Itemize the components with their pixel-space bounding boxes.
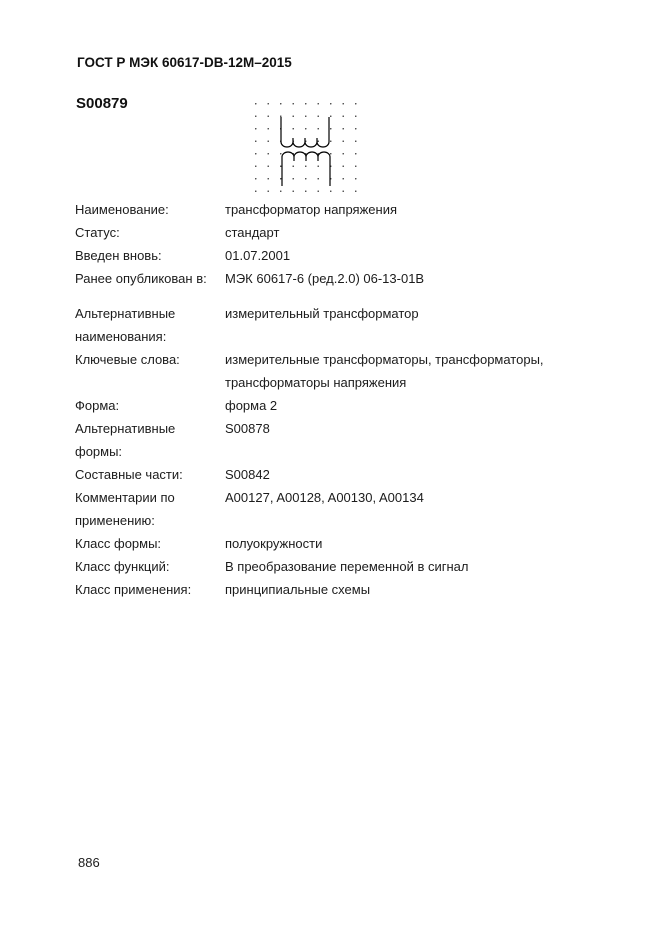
document-page: { "page": { "header": "ГОСТ Р МЭК 60617-… bbox=[0, 0, 661, 936]
field-value: A00127, A00128, A00130, A00134 bbox=[225, 486, 597, 509]
dot-grid bbox=[253, 97, 358, 195]
field-row-application-notes: Комментарии по применению: A00127, A0012… bbox=[75, 486, 597, 532]
voltage-transformer-symbol-icon bbox=[253, 97, 358, 195]
field-row-alternative-forms: Альтернативные формы: S00878 bbox=[75, 417, 597, 463]
field-row-shape-class: Класс формы: полуокружности bbox=[75, 532, 597, 555]
field-row-keywords: Ключевые слова: измерительные трансформа… bbox=[75, 348, 597, 394]
fields-table: Наименование: трансформатор напряжения С… bbox=[75, 198, 597, 601]
symbol-diagram bbox=[253, 97, 358, 195]
field-label: Составные части: bbox=[75, 463, 225, 486]
field-label: Ключевые слова: bbox=[75, 348, 225, 371]
standard-title: ГОСТ Р МЭК 60617-DB-12M–2015 bbox=[77, 55, 292, 70]
field-label: Введен вновь: bbox=[75, 244, 225, 267]
field-value: принципиальные схемы bbox=[225, 578, 597, 601]
field-row-previously-published: Ранее опубликован в: МЭК 60617-6 (ред.2.… bbox=[75, 267, 597, 290]
symbol-id: S00879 bbox=[76, 95, 128, 112]
field-value: В преобразование переменной в сигнал bbox=[225, 555, 597, 578]
field-label: Комментарии по применению: bbox=[75, 486, 225, 532]
field-label: Альтернативные наименования: bbox=[75, 302, 225, 348]
field-label: Наименование: bbox=[75, 198, 225, 221]
field-value: МЭК 60617-6 (ред.2.0) 06-13-01B bbox=[225, 267, 597, 290]
page-number: 886 bbox=[78, 851, 100, 874]
field-label: Альтернативные формы: bbox=[75, 417, 225, 463]
field-row-function-class: Класс функций: В преобразование переменн… bbox=[75, 555, 597, 578]
field-label: Класс функций: bbox=[75, 555, 225, 578]
field-label: Класс применения: bbox=[75, 578, 225, 601]
field-row-component-parts: Составные части: S00842 bbox=[75, 463, 597, 486]
field-value: измерительные трансформаторы, трансформа… bbox=[225, 348, 597, 394]
field-label: Класс формы: bbox=[75, 532, 225, 555]
field-label: Ранее опубликован в: bbox=[75, 267, 225, 290]
field-value: трансформатор напряжения bbox=[225, 198, 597, 221]
field-value: стандарт bbox=[225, 221, 597, 244]
field-row-name: Наименование: трансформатор напряжения bbox=[75, 198, 597, 221]
field-value: 01.07.2001 bbox=[225, 244, 597, 267]
field-row-reintroduced: Введен вновь: 01.07.2001 bbox=[75, 244, 597, 267]
field-row-alternative-names: Альтернативные наименования: измерительн… bbox=[75, 302, 597, 348]
field-label: Статус: bbox=[75, 221, 225, 244]
field-label: Форма: bbox=[75, 394, 225, 417]
field-value: полуокружности bbox=[225, 532, 597, 555]
field-value: S00878 bbox=[225, 417, 597, 440]
field-row-form: Форма: форма 2 bbox=[75, 394, 597, 417]
field-value: измерительный трансформатор bbox=[225, 302, 597, 325]
field-value: форма 2 bbox=[225, 394, 597, 417]
field-row-application-class: Класс применения: принципиальные схемы bbox=[75, 578, 597, 601]
field-row-status: Статус: стандарт bbox=[75, 221, 597, 244]
field-value: S00842 bbox=[225, 463, 597, 486]
